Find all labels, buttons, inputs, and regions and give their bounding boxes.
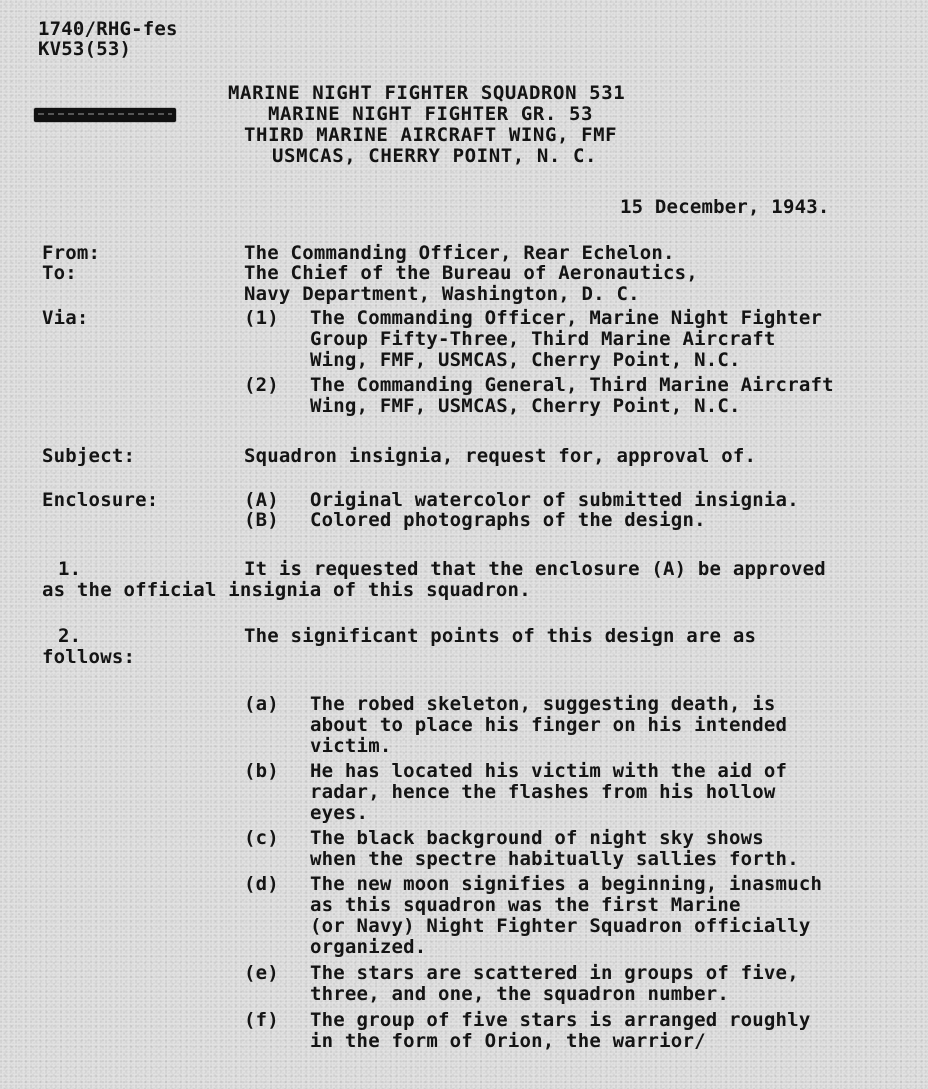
enclosure-label: Enclosure: xyxy=(42,489,158,511)
point-a-line1: The robed skeleton, suggesting death, is xyxy=(310,693,776,715)
point-f-line2: in the form of Orion, the warrior/ xyxy=(310,1030,706,1052)
redacted-classification-marking xyxy=(34,108,176,122)
point-b-number: (b) xyxy=(244,760,279,782)
via-2-line1: The Commanding General, Third Marine Air… xyxy=(310,374,834,396)
subject-label: Subject: xyxy=(42,445,135,467)
file-reference-line2: KV53(53) xyxy=(38,38,131,60)
point-d-line4: organized. xyxy=(310,936,426,958)
paragraph-2-line2: follows: xyxy=(42,646,135,668)
via-1-number: (1) xyxy=(244,307,279,329)
to-value-line1: The Chief of the Bureau of Aeronautics, xyxy=(244,262,698,284)
enclosure-a-number: (A) xyxy=(244,489,279,511)
letterhead-line2: MARINE NIGHT FIGHTER GR. 53 xyxy=(268,103,593,125)
point-f-number: (f) xyxy=(244,1009,279,1031)
via-1-line1: The Commanding Officer, Marine Night Fig… xyxy=(310,307,822,329)
point-d-number: (d) xyxy=(244,873,279,895)
via-label: Via: xyxy=(42,307,89,329)
point-c-number: (c) xyxy=(244,827,279,849)
point-b-line3: eyes. xyxy=(310,802,368,824)
from-value: The Commanding Officer, Rear Echelon. xyxy=(244,242,675,264)
to-value-line2: Navy Department, Washington, D. C. xyxy=(244,283,640,305)
via-2-number: (2) xyxy=(244,374,279,396)
point-d-line1: The new moon signifies a beginning, inas… xyxy=(310,873,822,895)
point-e-line1: The stars are scattered in groups of fiv… xyxy=(310,962,799,984)
point-b-line2: radar, hence the flashes from his hollow xyxy=(310,781,776,803)
point-a-number: (a) xyxy=(244,693,279,715)
from-label: From: xyxy=(42,242,100,264)
point-f-line1: The group of five stars is arranged roug… xyxy=(310,1009,810,1031)
to-label: To: xyxy=(42,262,77,284)
enclosure-b-number: (B) xyxy=(244,509,279,531)
paragraph-1-line2: as the official insignia of this squadro… xyxy=(42,579,531,601)
point-e-line2: three, and one, the squadron number. xyxy=(310,983,729,1005)
paragraph-2-line1: The significant points of this design ar… xyxy=(244,625,756,647)
letter-date: 15 December, 1943. xyxy=(620,196,830,218)
paragraph-2-number: 2. xyxy=(58,625,81,647)
letterhead-line1: MARINE NIGHT FIGHTER SQUADRON 531 xyxy=(228,82,625,104)
via-1-line2: Group Fifty-Three, Third Marine Aircraft xyxy=(310,328,776,350)
enclosure-a-text: Original watercolor of submitted insigni… xyxy=(310,489,799,511)
paragraph-1-line1: It is requested that the enclosure (A) b… xyxy=(244,558,826,580)
point-d-line3: (or Navy) Night Fighter Squadron officia… xyxy=(310,915,810,937)
via-1-line3: Wing, FMF, USMCAS, Cherry Point, N.C. xyxy=(310,349,741,371)
file-reference-line1: 1740/RHG-fes xyxy=(38,18,178,40)
letterhead-line4: USMCAS, CHERRY POINT, N. C. xyxy=(272,145,597,167)
point-d-line2: as this squadron was the first Marine xyxy=(310,894,741,916)
via-2-line2: Wing, FMF, USMCAS, Cherry Point, N.C. xyxy=(310,395,741,417)
point-c-line2: when the spectre habitually sallies fort… xyxy=(310,848,799,870)
point-c-line1: The black background of night sky shows xyxy=(310,827,764,849)
letterhead-line3: THIRD MARINE AIRCRAFT WING, FMF xyxy=(244,124,617,146)
enclosure-b-text: Colored photographs of the design. xyxy=(310,509,706,531)
point-e-number: (e) xyxy=(244,962,279,984)
paragraph-1-number: 1. xyxy=(58,558,81,580)
point-a-line3: victim. xyxy=(310,735,391,757)
document-page: 1740/RHG-fes KV53(53) MARINE NIGHT FIGHT… xyxy=(0,0,928,1089)
subject-value: Squadron insignia, request for, approval… xyxy=(244,445,756,467)
point-b-line1: He has located his victim with the aid o… xyxy=(310,760,787,782)
point-a-line2: about to place his finger on his intende… xyxy=(310,714,787,736)
